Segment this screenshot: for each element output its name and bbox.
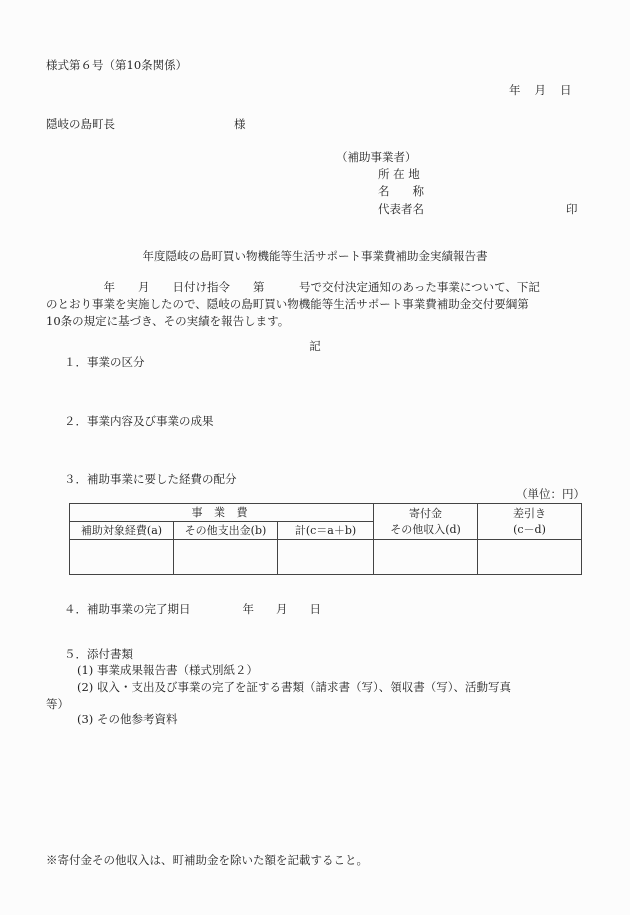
cell-difference[interactable]	[478, 540, 582, 575]
completion-month: 月	[276, 602, 288, 616]
date-year: 年	[509, 85, 521, 97]
table-row	[70, 540, 582, 575]
body-line: 年 月 日付け指令 第 号で交付決定通知のあった事業について、下記	[46, 279, 586, 296]
cell-total[interactable]	[277, 540, 373, 575]
document-title: 年度隠岐の島町買い物機能等生活サポート事業費補助金実績報告書	[0, 251, 630, 263]
cell-other-expenditure[interactable]	[173, 540, 277, 575]
header-total: 計(c＝a＋b)	[277, 522, 373, 540]
attachment-item: (3) その他参考資料	[77, 714, 177, 726]
ki-heading: 記	[0, 341, 630, 353]
cell-subsidy-eligible-cost[interactable]	[70, 540, 174, 575]
body-line: のとおり事業を実施したので、隠岐の島町買い物機能等生活サポート事業費補助金交付要…	[46, 296, 586, 313]
form-number: 様式第６号（第10条関係）	[46, 60, 187, 72]
date-month: 月	[535, 85, 547, 97]
unit-label: （単位：円）	[516, 489, 585, 501]
addressee-honorific: 様	[234, 119, 246, 131]
completion-year: 年	[243, 602, 255, 616]
section-completion-date: ４．補助事業の完了期日年月日	[64, 604, 321, 616]
section-expense-allocation: ３．補助事業に要した経費の配分	[64, 474, 237, 486]
body-paragraph: 年 月 日付け指令 第 号で交付決定通知のあった事業について、下記 のとおり事業…	[46, 279, 586, 330]
completion-day: 日	[310, 602, 322, 616]
expense-table: 事 業 費 寄付金 その他収入(d) 差引き (c－d) 補助対象経費(a) そ…	[69, 503, 582, 575]
applicant-label: （補助事業者）	[336, 152, 417, 164]
completion-date-label: ４．補助事業の完了期日	[64, 602, 191, 616]
applicant-name-label: 名 称	[378, 186, 424, 198]
section-business-category: １．事業の区分	[64, 357, 145, 369]
header-subsidy-eligible-cost: 補助対象経費(a)	[70, 522, 174, 540]
header-difference: 差引き (c－d)	[478, 504, 582, 540]
applicant-representative-label: 代表者名	[378, 204, 424, 216]
attachment-item: (2) 収入・支出及び事業の完了を証する書類（請求書（写）、領収書（写）、活動写…	[77, 682, 511, 694]
header-other-expenditure: その他支出金(b)	[173, 522, 277, 540]
applicant-address-label: 所 在 地	[378, 169, 420, 181]
attachment-item-continuation: 等）	[46, 699, 69, 711]
body-line: 10条の規定に基づき、その実績を報告します。	[46, 313, 586, 330]
group-header-business-cost: 事 業 費	[70, 504, 374, 522]
section-business-content: ２．事業内容及び事業の成果	[64, 416, 214, 428]
footnote: ※寄付金その他収入は、町補助金を除いた額を記載すること。	[46, 855, 368, 867]
submission-date: 年月日	[509, 85, 572, 97]
attachment-item: (1) 事業成果報告書（様式別紙２）	[77, 665, 258, 677]
cell-donation-other-income[interactable]	[374, 540, 478, 575]
seal-mark: 印	[566, 204, 578, 216]
section-attachments: ５．添付書類	[64, 649, 133, 661]
addressee: 隠岐の島町長	[46, 119, 115, 131]
header-donation-other-income: 寄付金 その他収入(d)	[374, 504, 478, 540]
table-header-row: 事 業 費 寄付金 その他収入(d) 差引き (c－d)	[70, 504, 582, 522]
date-day: 日	[560, 85, 572, 97]
